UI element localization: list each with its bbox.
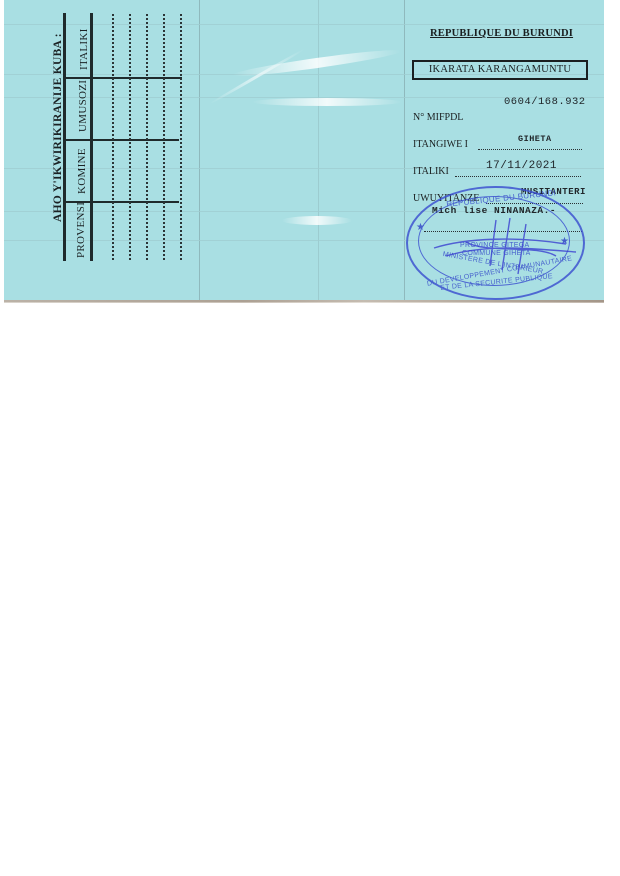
entry-row-line [129,14,131,260]
identity-panel: REPUBLIQUE DU BURUNDI IKARATA KARANGAMUN… [406,0,604,300]
laminate-glare [252,98,402,106]
dotted-line [478,149,582,150]
signature [426,214,586,284]
column-header-komine: KOMINE [76,148,88,194]
table-row-divider [64,139,179,141]
laminate-glare [209,48,306,106]
card-title: IKARATA KARANGAMUNTU [412,60,588,80]
entry-row-line [112,14,114,260]
blank-panel [202,0,406,300]
country-title: REPUBLIQUE DU BURUNDI [430,28,573,39]
entry-row-line [146,14,148,260]
id-card: AHO Y'IKWIRIKIRANIJE KUBA : PROVENSI KOM… [4,0,604,302]
mifpdl-label: N° MIFPDL [413,112,463,123]
column-header-italiki: ITALIKI [78,28,90,70]
dotted-line [455,176,581,177]
entry-row-line [180,14,182,260]
column-header-umusozi: UMUSOZI [77,80,89,132]
date-label: ITALIKI [413,166,449,177]
mifpdl-number: 0604/168.932 [504,96,586,108]
issued-at-label: ITANGIWE I [413,139,468,150]
table-border [90,13,93,261]
laminate-glare [282,216,352,225]
entry-row-line [163,14,165,260]
date-value: 17/11/2021 [486,160,557,172]
issued-at-value: GIHETA [518,134,552,144]
table-border [63,13,66,261]
star-icon: ★ [416,222,425,233]
column-header-provensi: PROVENSI [75,202,87,258]
fold-crease [199,0,200,300]
residence-history-panel: AHO Y'IKWIRIKIRANIJE KUBA : PROVENSI KOM… [4,0,199,300]
